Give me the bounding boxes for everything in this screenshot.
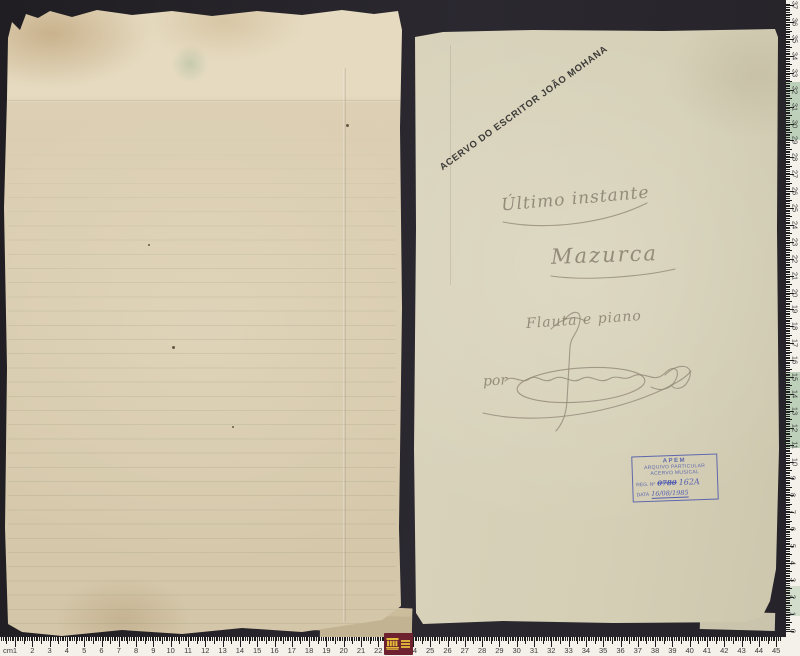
stamp-date-row: DATA 16/08/1985 <box>636 488 714 500</box>
paper-speck <box>346 124 349 127</box>
signature-sweep <box>483 371 691 418</box>
handwritten-title: Último instante <box>500 183 650 216</box>
horizontal-fold-crease <box>6 100 400 102</box>
faint-ruled-lines <box>8 126 396 624</box>
reg-label: REG. Nº <box>636 482 655 489</box>
right-cm-ruler: 0123456789101112131415161718192021222324… <box>786 0 800 656</box>
right-page-cover: ACERVO DO ESCRITOR JOÃO MOHANA Último in… <box>413 29 779 625</box>
date-label: DATA <box>636 492 649 498</box>
building-icon <box>386 638 399 650</box>
faded-round-stamp <box>170 46 210 82</box>
paper-speck <box>172 346 175 349</box>
registration-stamp: APEM ARQUIVO PARTICULAR ACERVO MUSICAL R… <box>631 454 719 503</box>
signature-tail-loop <box>665 366 690 388</box>
reg-number-struck: 0780 <box>657 478 677 488</box>
archival-scan-photo: ACERVO DO ESCRITOR JOÃO MOHANA Último in… <box>0 0 800 656</box>
handwritten-byline: por <box>483 372 508 389</box>
paper-speck <box>232 426 234 428</box>
vertical-flourish <box>556 312 580 431</box>
logo-text-lines <box>401 639 410 650</box>
handwritten-genre: Mazurca <box>551 241 659 269</box>
left-page-ruled-verso <box>2 8 406 638</box>
signature-circle <box>516 364 646 407</box>
date-value: 16/08/1985 <box>651 489 689 499</box>
stamp-reg-row: REG. Nº 0780 162A <box>636 477 714 489</box>
vertical-fold-crease <box>343 68 346 622</box>
composer-signature <box>505 368 677 389</box>
archive-logo-badge <box>384 633 413 655</box>
archive-owner-stamp: ACERVO DO ESCRITOR JOÃO MOHANA <box>438 44 610 173</box>
genre-underline <box>551 269 675 278</box>
reg-number-new: 162A <box>679 477 700 487</box>
handwritten-instrumentation: Flauta e piano <box>526 308 643 332</box>
paper-speck <box>148 244 150 246</box>
